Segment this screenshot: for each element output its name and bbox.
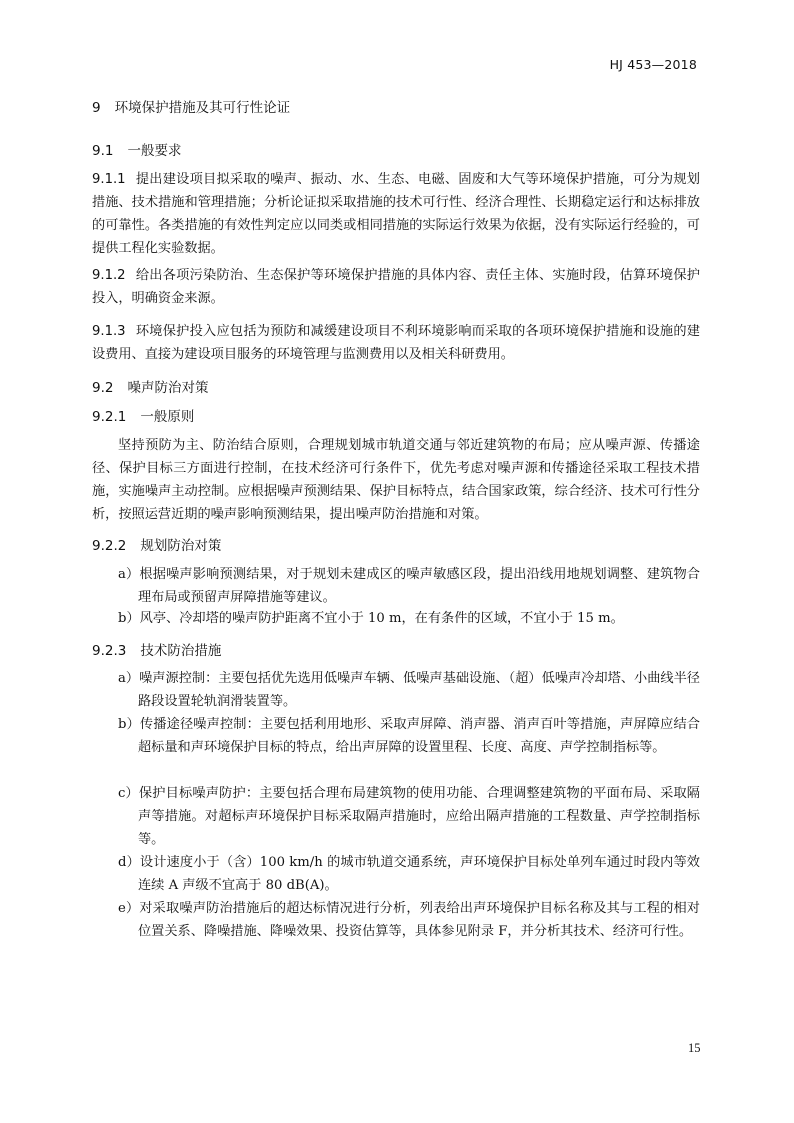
clause-number: 9.1.3 — [92, 324, 126, 339]
clause-9-1-3: 9.1.3环境保护投入应包括为预防和减缓建设项目不利环境影响而采取的各项环境保护… — [92, 320, 700, 366]
clause-text: 环境保护投入应包括为预防和减缓建设项目不利环境影响而采取的各项环境保护措施和设施… — [92, 324, 700, 362]
clause-title: 一般原则 — [140, 409, 194, 425]
section-number: 9.2 — [92, 380, 113, 396]
section-9-2-heading: 9.2噪声防治对策 — [92, 376, 208, 396]
list-item-9-2-3-b: b）传播途径噪声控制：主要包括利用地形、采取声屏障、消声器、消声百叶等措施，声屏… — [118, 713, 700, 759]
section-number: 9.1 — [92, 143, 113, 159]
clause-9-1-1: 9.1.1提出建设项目拟采取的噪声、振动、水、生态、电磁、固废和大气等环境保护措… — [92, 168, 700, 260]
list-item-9-2-3-d: d）设计速度小于（含）100 km/h 的城市轨道交通系统，声环境保护目标处单列… — [118, 851, 700, 897]
clause-9-2-1-body: 坚持预防为主、防治结合原则，合理规划城市轨道交通与邻近建筑物的布局；应从噪声源、… — [92, 434, 700, 526]
clause-text: 提出建设项目拟采取的噪声、振动、水、生态、电磁、固废和大气等环境保护措施，可分为… — [92, 172, 700, 256]
page-number: 15 — [688, 1041, 701, 1056]
list-item-9-2-3-a: a）噪声源控制：主要包括优先选用低噪声车辆、低噪声基础设施、（超）低噪声冷却塔、… — [118, 667, 700, 713]
clause-title: 规划防治对策 — [140, 538, 221, 554]
chapter-heading: 9环境保护措施及其可行性论证 — [92, 96, 290, 116]
standard-code-header: HJ 453—2018 — [610, 57, 697, 72]
document-page: HJ 453—2018 9环境保护措施及其可行性论证 9.1一般要求 9.1.1… — [0, 0, 794, 1123]
list-item-9-2-3-c: c）保护目标噪声防护：主要包括合理布局建筑物的使用功能、合理调整建筑物的平面布局… — [118, 782, 700, 851]
clause-title: 技术防治措施 — [140, 643, 221, 659]
section-title: 一般要求 — [127, 143, 181, 159]
clause-number: 9.1.1 — [92, 172, 126, 187]
list-item-9-2-2-a: a）根据噪声影响预测结果，对于规划未建成区的噪声敏感区段，提出沿线用地规划调整、… — [118, 563, 700, 609]
clause-9-1-2: 9.1.2给出各项污染防治、生态保护等环境保护措施的具体内容、责任主体、实施时段… — [92, 264, 700, 310]
clause-9-2-2-heading: 9.2.2规划防治对策 — [92, 534, 221, 554]
clause-number: 9.2.1 — [92, 409, 126, 425]
clause-text: 给出各项污染防治、生态保护等环境保护措施的具体内容、责任主体、实施时段，估算环境… — [92, 268, 700, 306]
list-item-9-2-3-e: e）对采取噪声防治措施后的超达标情况进行分析，列表给出声环境保护目标名称及其与工… — [118, 897, 700, 943]
clause-number: 9.2.3 — [92, 643, 126, 659]
clause-9-2-1-heading: 9.2.1一般原则 — [92, 405, 194, 425]
clause-9-2-3-heading: 9.2.3技术防治措施 — [92, 639, 221, 659]
chapter-title: 环境保护措施及其可行性论证 — [115, 100, 291, 116]
section-title: 噪声防治对策 — [127, 380, 208, 396]
section-9-1-heading: 9.1一般要求 — [92, 139, 181, 159]
chapter-number: 9 — [92, 100, 101, 116]
clause-number: 9.2.2 — [92, 538, 126, 554]
clause-number: 9.1.2 — [92, 268, 126, 283]
list-item-9-2-2-b: b）风亭、冷却塔的噪声防护距离不宜小于 10 m，在有条件的区域，不宜小于 15… — [118, 607, 700, 630]
